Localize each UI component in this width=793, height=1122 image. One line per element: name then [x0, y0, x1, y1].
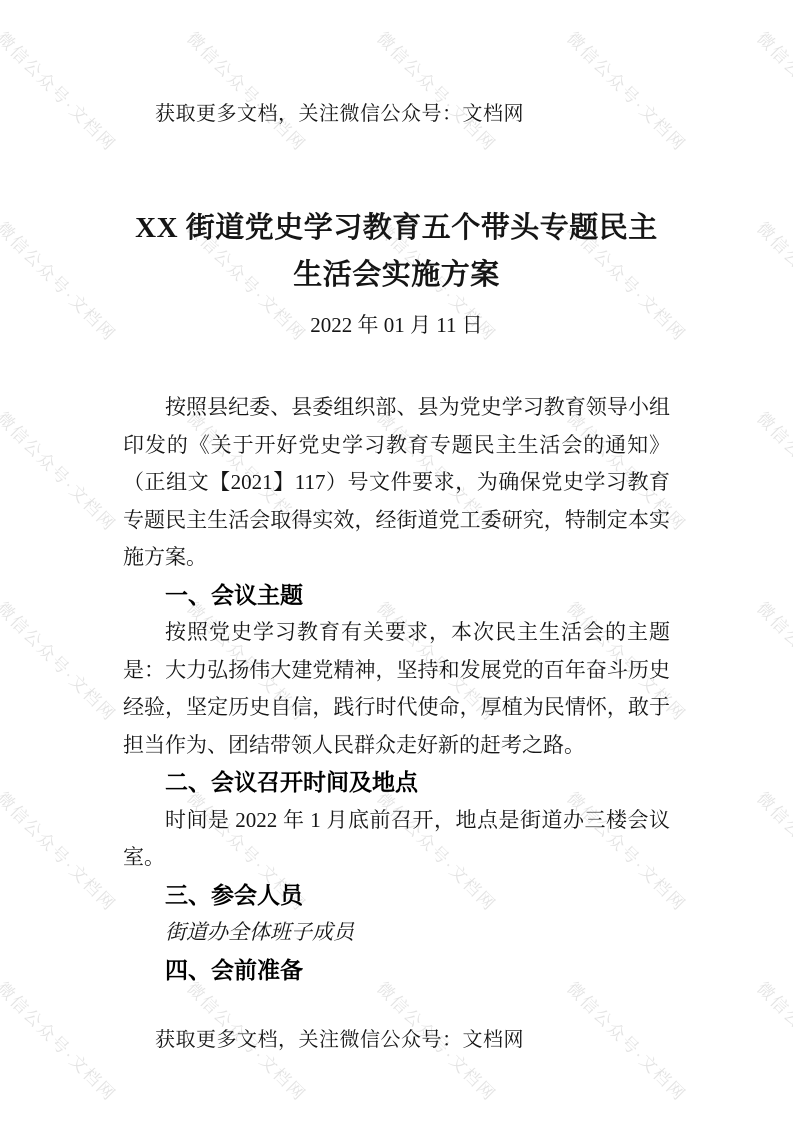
watermark-text: 微信公众号·文档网 [0, 975, 123, 1106]
footer-promo-text: 获取更多文档，关注微信公众号：文档网 [155, 1026, 524, 1054]
section-heading: 四、会前准备 [123, 952, 670, 990]
section-paragraph: 街道办全体班子成员 [123, 914, 670, 952]
document-body: 按照县纪委、县委组织部、县为党史学习教育领导小组印发的《关于开好党史学习教育专题… [123, 389, 670, 989]
document-content: XX 街道党史学习教育五个带头专题民主生活会实施方案 2022 年 01 月 1… [123, 0, 670, 989]
watermark-text: 微信公众号·文档网 [0, 595, 123, 726]
document-title: XX 街道党史学习教育五个带头专题民主生活会实施方案 [123, 205, 670, 299]
watermark-text: 微信公众号·文档网 [0, 25, 123, 156]
sections-container: 一、会议主题按照党史学习教育有关要求，本次民主生活会的主题是：大力弘扬伟大建党精… [123, 577, 670, 990]
watermark-text: 微信公众号·文档网 [752, 215, 793, 346]
section-heading: 一、会议主题 [123, 577, 670, 615]
section-heading: 三、参会人员 [123, 877, 670, 915]
watermark-text: 微信公众号·文档网 [562, 975, 693, 1106]
watermark-text: 微信公众号·文档网 [0, 785, 123, 916]
watermark-text: 微信公众号·文档网 [752, 25, 793, 156]
intro-paragraph: 按照县纪委、县委组织部、县为党史学习教育领导小组印发的《关于开好党史学习教育专题… [123, 389, 670, 577]
section-heading: 二、会议召开时间及地点 [123, 764, 670, 802]
watermark-text: 微信公众号·文档网 [0, 405, 123, 536]
watermark-text: 微信公众号·文档网 [0, 215, 123, 346]
section-paragraph: 时间是 2022 年 1 月底前召开，地点是街道办三楼会议室。 [123, 802, 670, 877]
watermark-text: 微信公众号·文档网 [752, 595, 793, 726]
document-page: 微信公众号·文档网微信公众号·文档网微信公众号·文档网微信公众号·文档网微信公众… [0, 0, 793, 1122]
watermark-text: 微信公众号·文档网 [752, 405, 793, 536]
watermark-text: 微信公众号·文档网 [752, 975, 793, 1106]
watermark-text: 微信公众号·文档网 [752, 785, 793, 916]
document-date: 2022 年 01 月 11 日 [123, 307, 670, 344]
section-paragraph: 按照党史学习教育有关要求，本次民主生活会的主题是：大力弘扬伟大建党精神，坚持和发… [123, 614, 670, 764]
